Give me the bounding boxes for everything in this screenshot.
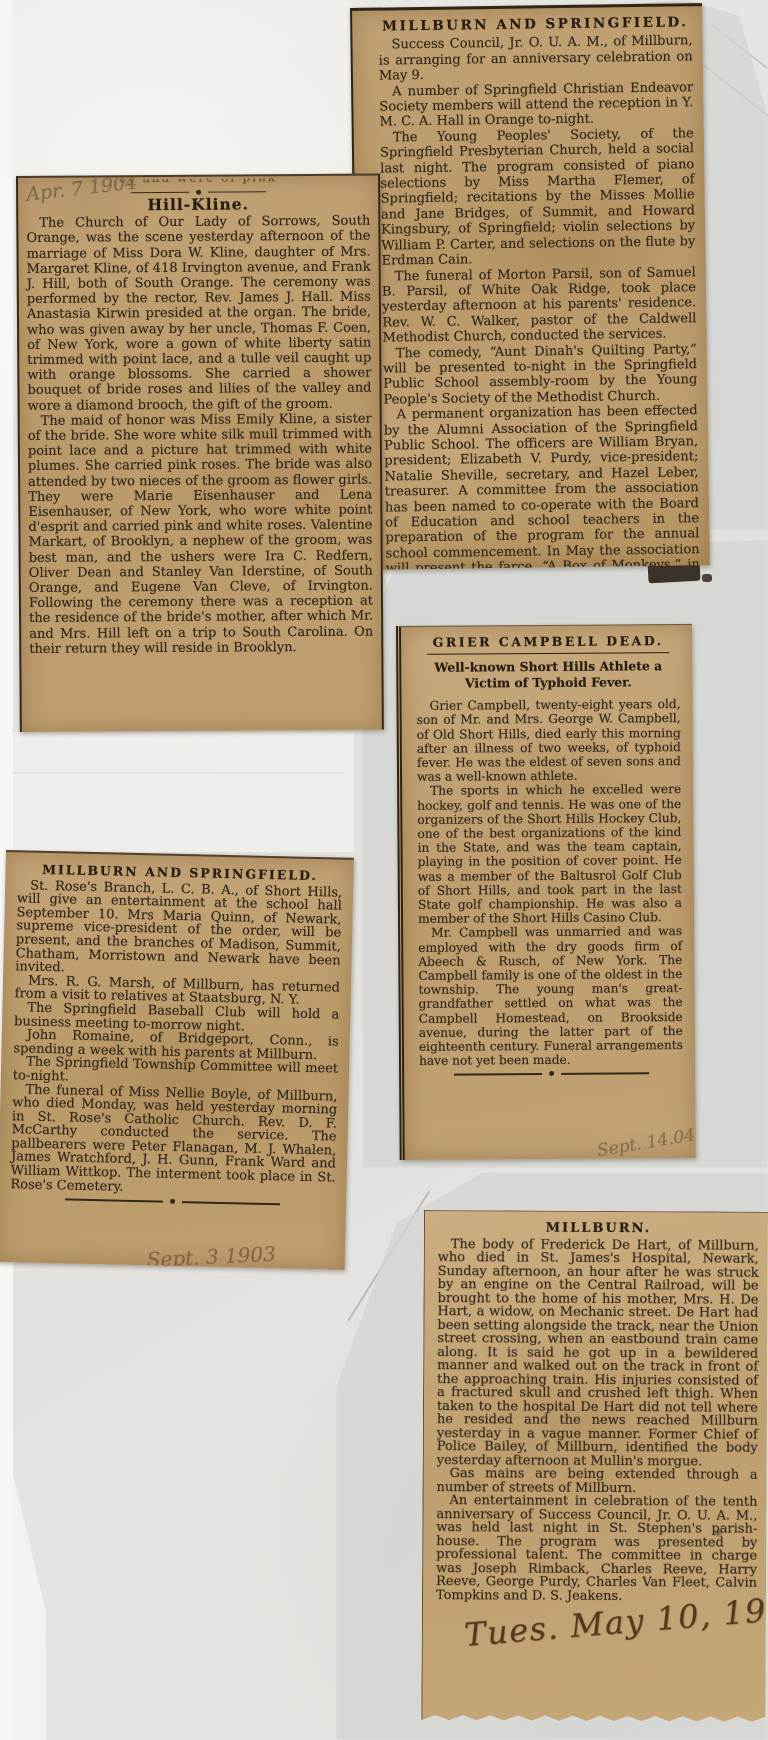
clipping-paragraph: An entertainment in celebration of the t… — [436, 1494, 758, 1604]
clipping-title: MILLBURN AND SPRINGFIELD. — [378, 15, 692, 35]
clipping-millburn-springfield-lower: MILLBURN AND SPRINGFIELD. St. Rose's Bra… — [0, 850, 354, 1270]
page-mid-left-area — [0, 732, 354, 852]
clipping-paragraph: Gas mains are being extended through a n… — [437, 1467, 758, 1496]
handwritten-date-pencil: Sept. 3 1903 — [147, 1248, 277, 1268]
ink-smudge — [702, 574, 712, 582]
scrapbook-scan: { "colors": { "page_background": "#e6e4e… — [0, 0, 768, 1740]
clipping-paragraph: A permanent organization has been effect… — [384, 403, 701, 570]
clipping-paragraph: A number of Springfield Christian Endeav… — [379, 80, 694, 131]
clipping-paragraph: The funeral of Miss Nellie Boyle, of Mil… — [10, 1083, 337, 1199]
clipping-paragraph: The Young Peoples' Society, of the Sprin… — [380, 126, 696, 269]
clipping-millburn-springfield-top: MILLBURN AND SPRINGFIELD. Success Counci… — [350, 3, 710, 570]
divider-ornament — [419, 1070, 683, 1077]
clipping-paragraph: The Church of Our Lady of Sorrows, South… — [26, 214, 371, 414]
clipping-paragraph: The maid of honor was Miss Emily Kline, … — [28, 411, 374, 657]
clipping-grier-campbell-dead: GRIER CAMPBELL DEAD. Well-known Short Hi… — [396, 624, 696, 1160]
clipping-paragraph: The comedy, “Aunt Dinah's Quilting Party… — [383, 342, 698, 408]
clipping-subtitle: Well-known Short Hills Athlete a Victim … — [416, 658, 680, 692]
handwritten-date-pencil: Sept. 14.04 — [596, 1128, 696, 1158]
clipping-paragraph: Success Council, Jr. O. U. A. M., of Mil… — [378, 34, 693, 85]
clipping-paragraph: The funeral of Morton Parsil, son of Sam… — [382, 265, 697, 346]
clipping-paragraph: The sports in which he excelled were hoc… — [417, 782, 682, 926]
clipping-title: GRIER CAMPBELL DEAD. — [427, 634, 670, 655]
clipping-paragraph: The body of Frederick De Hart, of Millbu… — [437, 1238, 759, 1469]
handwritten-date-ink: Tues. May 10, 1904 — [464, 1605, 757, 1642]
page-top-left-area — [0, 0, 352, 178]
page-bottom-left-wedge — [0, 1420, 46, 1740]
clipping-hill-kline: ey and were of pink Apr. 7 1904 Hill-Kli… — [16, 173, 384, 732]
clipping-millburn: MILLBURN. The body of Frederick De Hart,… — [421, 1210, 768, 1722]
clipping-paragraph: Grier Campbell, twenty-eight years old, … — [417, 697, 682, 784]
clipping-title: MILLBURN. — [438, 1221, 759, 1236]
clipping-paragraph: St. Rose's Branch, L. C. B. A., of Short… — [15, 879, 342, 982]
clipping-paragraph: Mr. Campbell was unmarried and was emplo… — [418, 924, 683, 1068]
